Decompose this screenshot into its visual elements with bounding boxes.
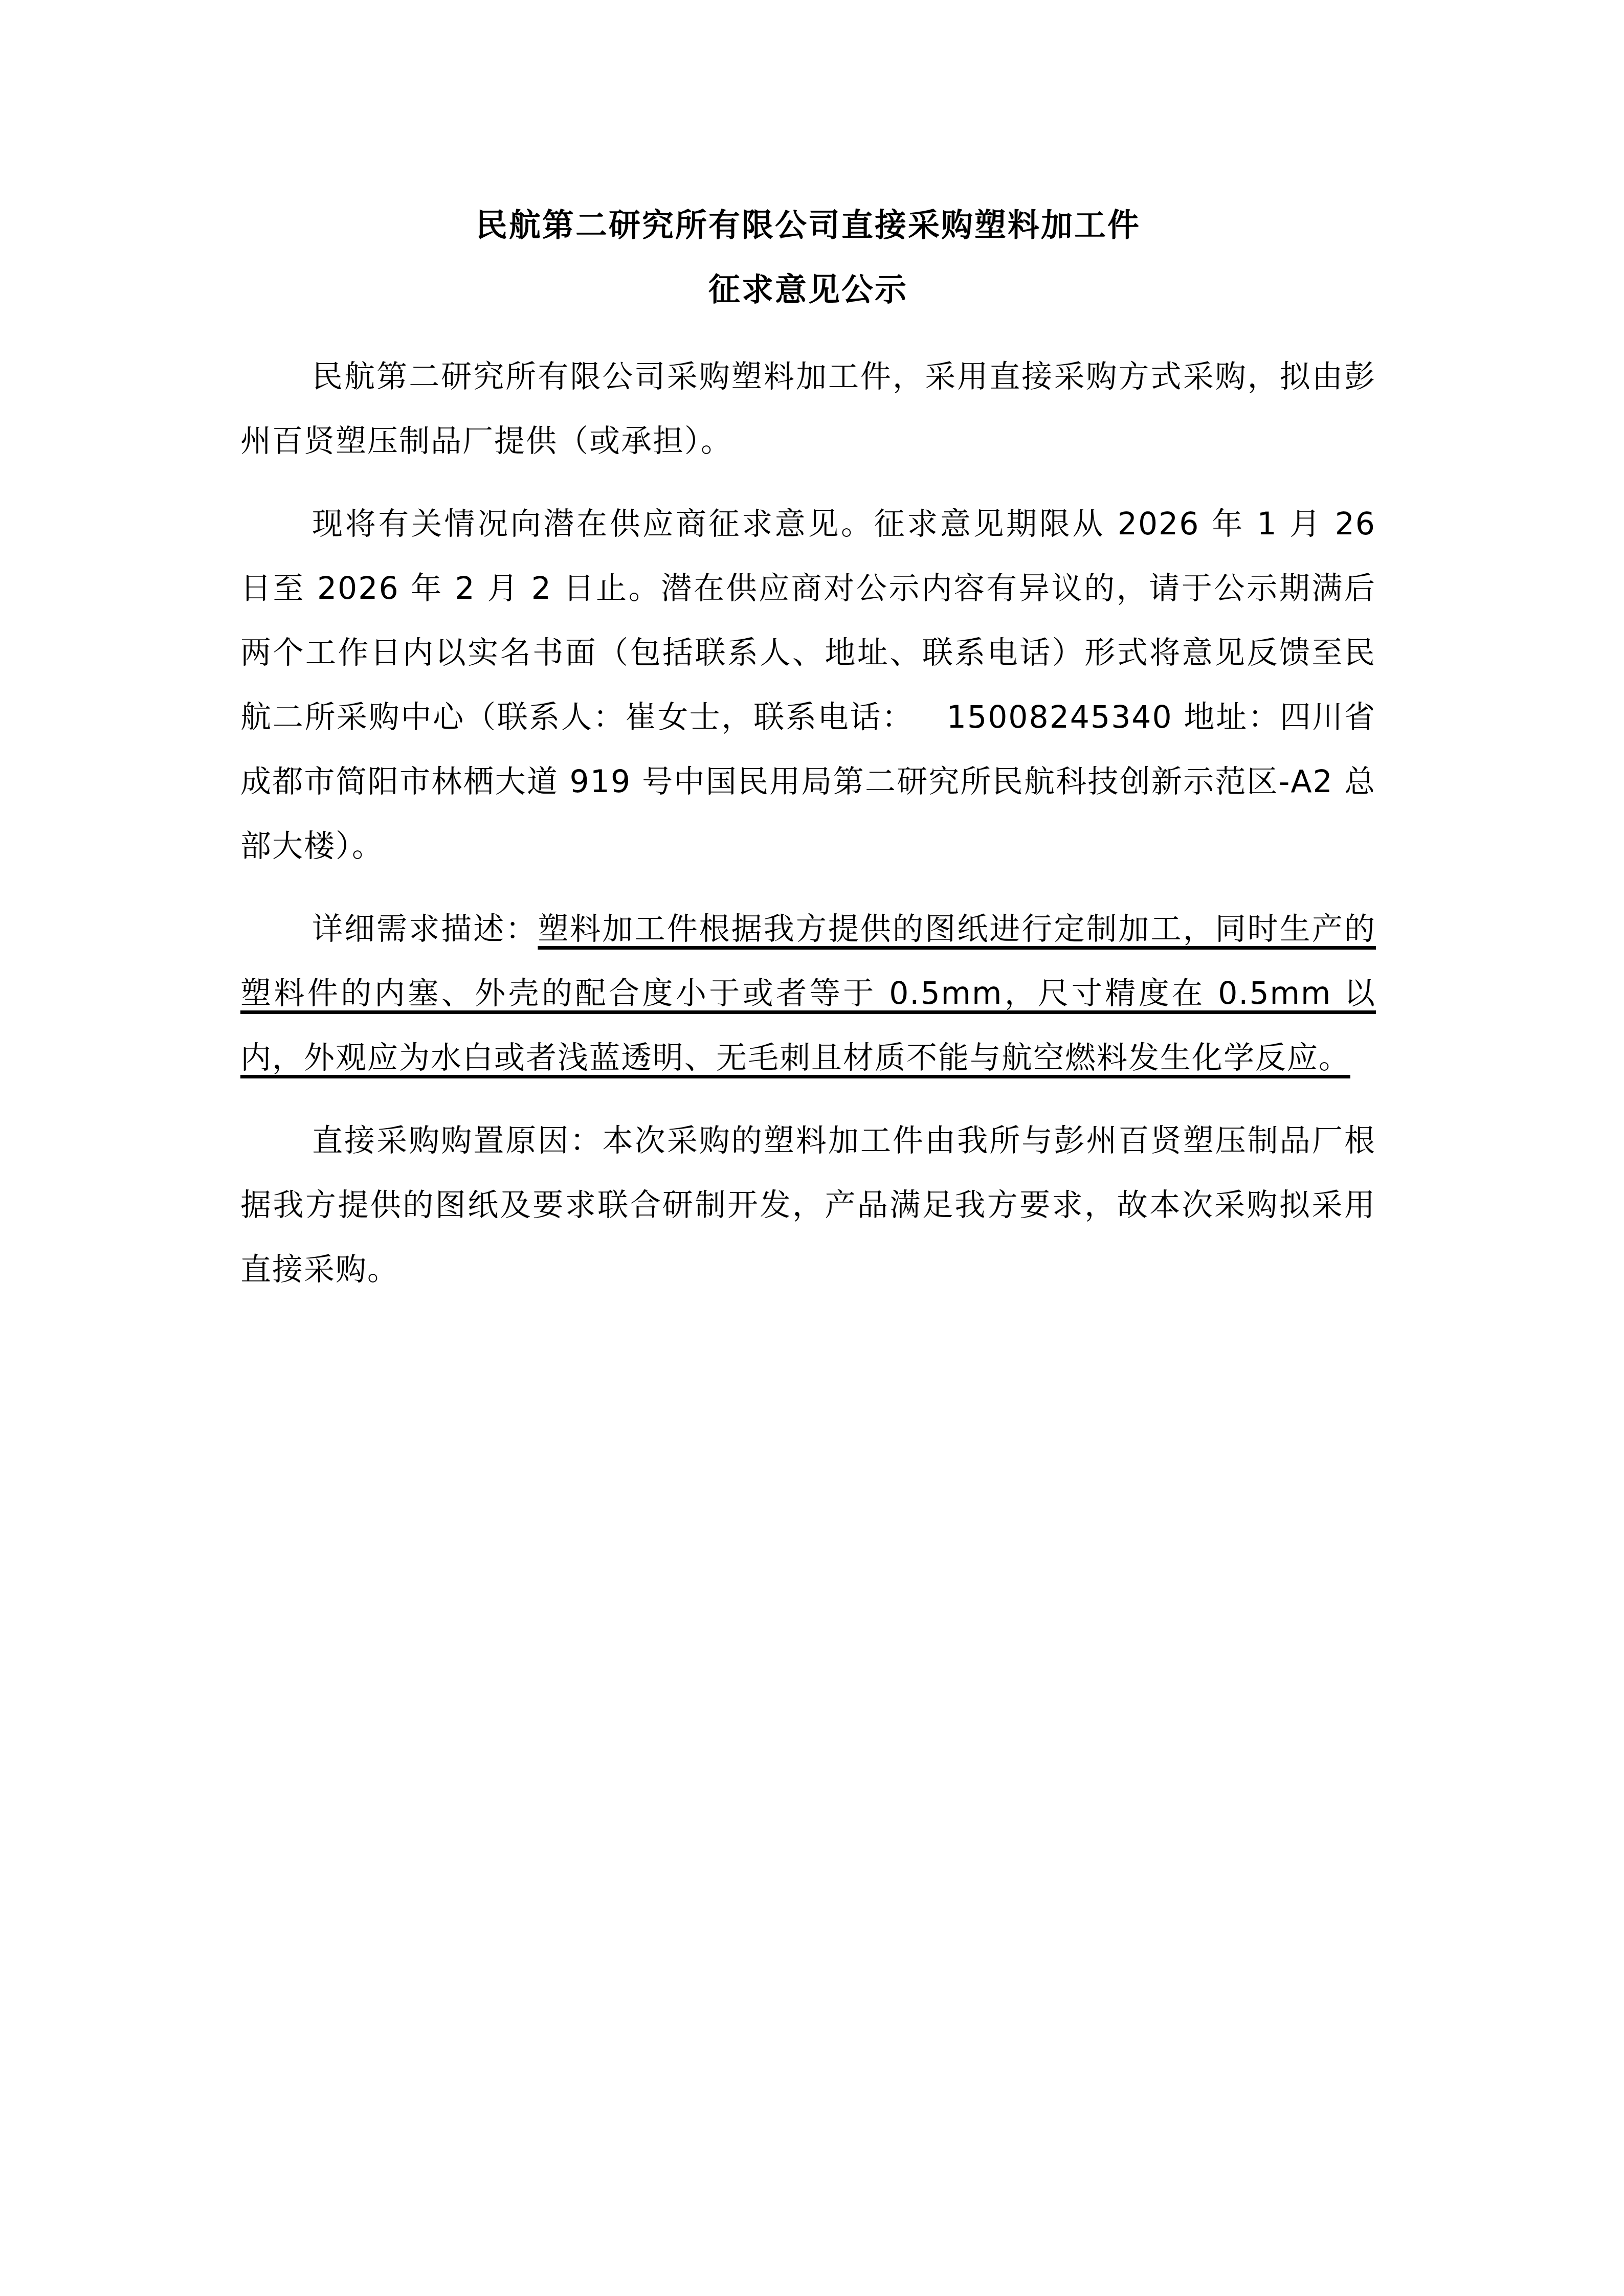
document-subtitle: 征求意见公示 [240, 258, 1376, 322]
paragraph-direct-procurement-reason: 直接采购购置原因：本次采购的塑料加工件由我所与彭州百贤塑压制品厂根据我方提供的图… [240, 1109, 1376, 1302]
document-content: 民航第二研究所有限公司直接采购塑料加工件 征求意见公示 民航第二研究所有限公司采… [240, 193, 1376, 1320]
paragraph-intro: 民航第二研究所有限公司采购塑料加工件，采用直接采购方式采购，拟由彭州百贤塑压制品… [240, 345, 1376, 474]
paragraph-requirements: 详细需求描述：塑料加工件根据我方提供的图纸进行定制加工，同时生产的塑料件的内塞、… [240, 897, 1376, 1090]
document-page: 民航第二研究所有限公司直接采购塑料加工件 征求意见公示 民航第二研究所有限公司采… [0, 0, 1624, 2296]
document-title: 民航第二研究所有限公司直接采购塑料加工件 [240, 193, 1376, 258]
paragraph-notice-period-and-contact: 现将有关情况向潜在供应商征求意见。征求意见期限从 2026 年 1 月 26 日… [240, 492, 1376, 879]
requirements-label: 详细需求描述： [312, 911, 538, 947]
